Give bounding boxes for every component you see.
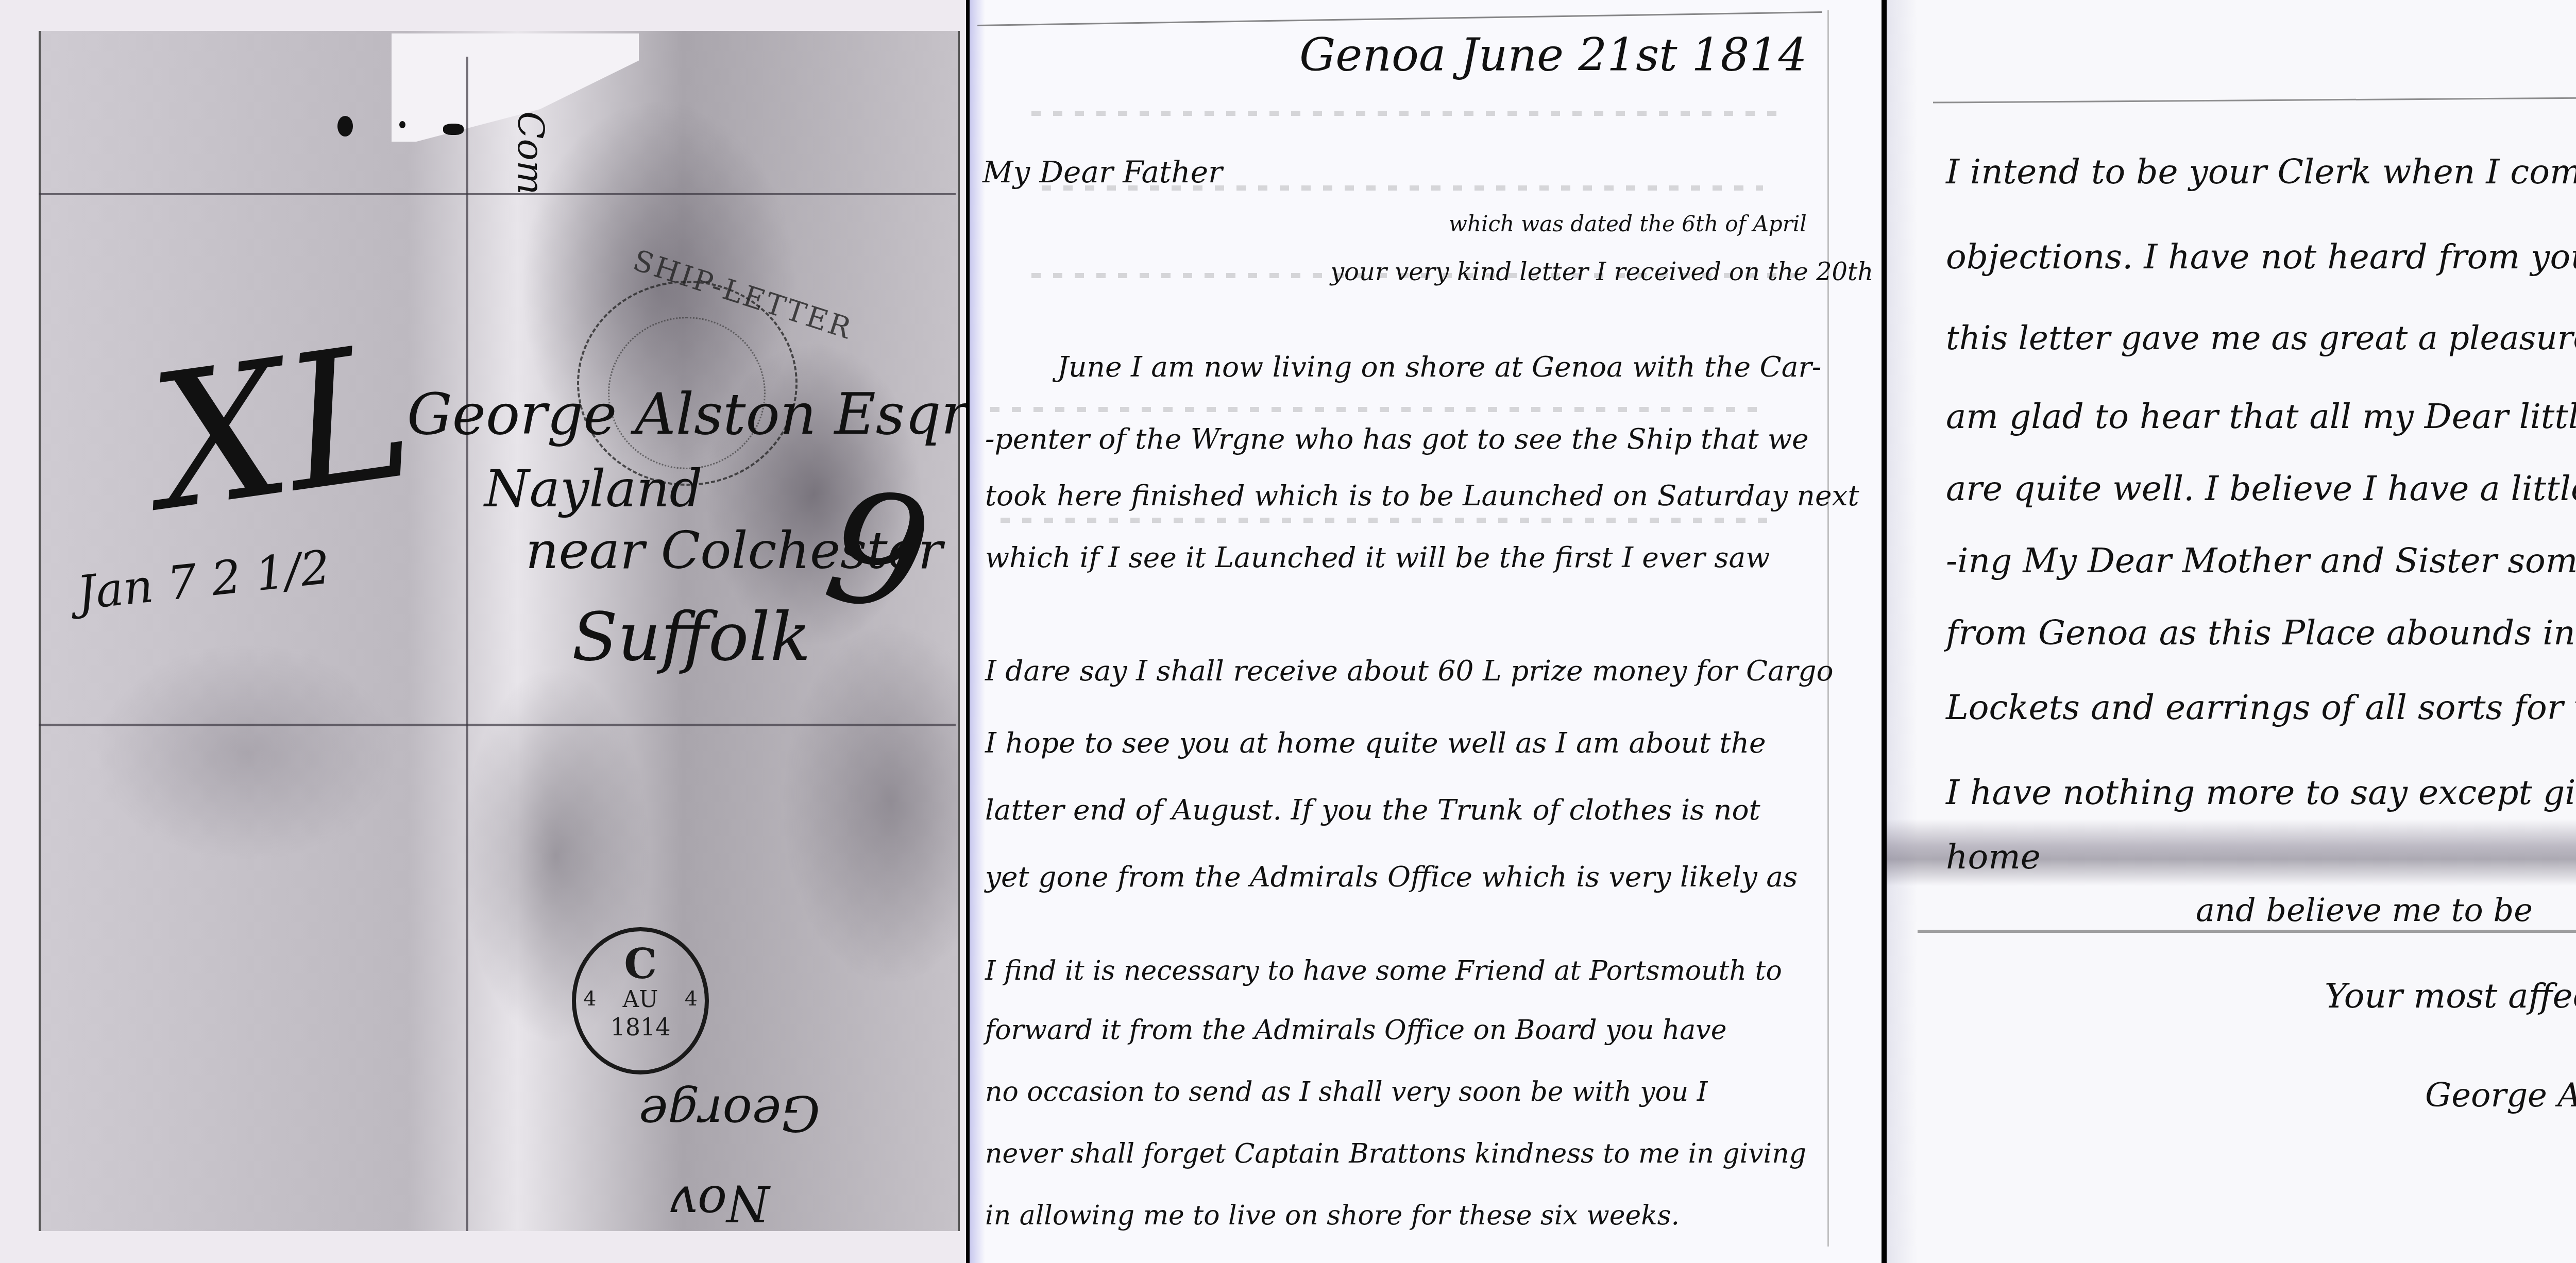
panel-divider [1883, 0, 1887, 1263]
letter-line: I hope to see you at home quite well as … [985, 726, 1766, 759]
letter-line: which if I see it Launched it will be th… [985, 541, 1770, 574]
envelope-panel: Com SHIP-LETTER XL George Alston Esqr Na… [0, 0, 966, 1263]
letter-line: are quite well. I believe I have a littl… [1946, 469, 2576, 508]
ink-blot [443, 124, 464, 135]
endorsement-name-inverted: George [639, 1084, 820, 1141]
letter-line: -penter of the Wrgne who has got to see … [985, 422, 1809, 455]
letter-page-2: I intend to be your Clerk when I come ho… [1887, 0, 2576, 1263]
fold-line [39, 193, 956, 195]
fold-line [39, 724, 956, 726]
date-stamp-day-left: 4 [583, 987, 596, 1011]
letter-line: forward it from the Admirals Office on B… [985, 1015, 1726, 1046]
letter-line: yet gone from the Admirals Office which … [985, 860, 1798, 893]
page-border-right [1827, 10, 1829, 1247]
letter-line: this letter gave me as great a pleasure … [1946, 319, 2576, 357]
page-border-top [977, 11, 1822, 26]
signature: George Alston [2425, 1077, 2576, 1115]
postage-mark: XL [141, 303, 423, 552]
letter-line: Lockets and earrings of all sorts for ve… [1946, 688, 2576, 727]
date-stamp-letter: C [576, 941, 705, 987]
bleed-through [1031, 111, 1778, 116]
address-line-town: Nayland [484, 458, 703, 519]
ink-blot [337, 116, 353, 136]
valediction: Your most affectionate Son [2325, 976, 2576, 1016]
letter-line: your very kind letter I received on the … [1330, 258, 1873, 286]
letter-line: never shall forget Captain Brattons kind… [985, 1138, 1806, 1169]
letter-line: latter end of August. If you the Trunk o… [985, 793, 1760, 826]
address-line-county: Suffolk [572, 598, 811, 676]
letter-line: June I am now living on shore at Genoa w… [1057, 350, 1821, 383]
page-border-top [1933, 94, 2576, 103]
flap-writing: Com [510, 111, 552, 195]
date-stamp-year: 1814 [576, 1013, 705, 1042]
fold-line [1918, 930, 2576, 933]
bleed-through [990, 407, 1763, 412]
letter-line: -ing My Dear Mother and Sister some litt… [1946, 541, 2576, 581]
bleed-through [1001, 518, 1773, 523]
letter-page-1: Genoa June 21st 1814 My Dear Father whic… [970, 0, 1882, 1263]
letter-line: in allowing me to live on shore for thes… [985, 1200, 1680, 1231]
letter-line: from Genoa as this Place abounds in Silk… [1946, 613, 2576, 653]
ink-blot [399, 121, 405, 128]
salutation: My Dear Father [982, 155, 1223, 190]
endorsement-month-inverted: Nov [670, 1174, 770, 1231]
letter-line: no occasion to send as I shall very soon… [985, 1077, 1707, 1107]
letter-line: am glad to hear that all my Dear little … [1946, 397, 2576, 436]
fold-line [466, 57, 468, 1231]
letter-line: I have nothing more to say except give m… [1946, 773, 2576, 812]
dateline: Genoa June 21st 1814 [1299, 28, 1807, 81]
letter-line: I intend to be your Clerk when I come ho… [1946, 152, 2576, 192]
date-stamp-day-right: 4 [685, 987, 698, 1011]
page-edge [1887, 0, 1918, 1263]
letter-line: I dare say I shall receive about 60 L pr… [985, 654, 1834, 687]
letter-line: home [1946, 837, 2041, 877]
closing-line: and believe me to be [2196, 891, 2533, 929]
letter-line: objections. I have not heard from you fo… [1946, 237, 2576, 277]
address-line-name: George Alston Esqr [407, 381, 966, 447]
date-stamp: C AU 1814 4 4 [572, 927, 709, 1074]
letter-line: took here finished which is to be Launch… [985, 479, 1859, 512]
letter-line: which was dated the 6th of April [1449, 211, 1807, 236]
letter-line: I find it is necessary to have some Frie… [985, 955, 1782, 986]
